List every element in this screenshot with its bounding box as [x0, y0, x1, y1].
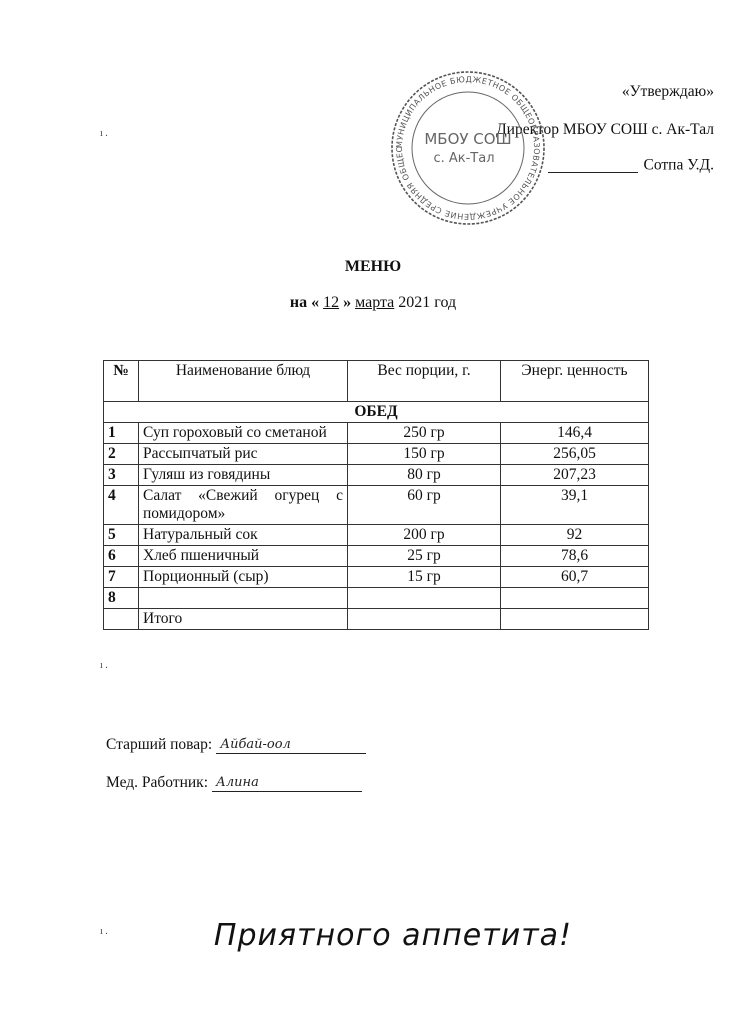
dish-name — [139, 588, 348, 609]
energy-value: 256,05 — [501, 444, 649, 465]
col-header-energy: Энерг. ценность — [501, 361, 649, 402]
table-row: 1Суп гороховый со сметаной250 гр146,4 — [104, 423, 649, 444]
table-row: 4Салат «Свежий огурец с помидором»60 гр3… — [104, 486, 649, 525]
row-number: 3 — [104, 465, 139, 486]
page-title: МЕНЮ — [0, 258, 746, 276]
approval-title: «Утверждаю» — [622, 84, 714, 100]
energy-value: 39,1 — [501, 486, 649, 525]
table-row: 2Рассыпчатый рис150 гр256,05 — [104, 444, 649, 465]
dish-name: Натуральный сок — [139, 525, 348, 546]
med-signature-row: Мед. Работник:Алина — [106, 774, 362, 792]
portion-weight: 150 гр — [348, 444, 501, 465]
table-row: 7Порционный (сыр)15 гр60,7 — [104, 567, 649, 588]
col-header-name: Наименование блюд — [139, 361, 348, 402]
date-month: марта — [355, 294, 394, 311]
portion-weight: 250 гр — [348, 423, 501, 444]
energy-value: 146,4 — [501, 423, 649, 444]
energy-value — [501, 588, 649, 609]
scan-mark: ı . — [100, 128, 108, 139]
stamp-center-line2: с. Ак-Тал — [433, 151, 494, 166]
med-signature-line: Алина — [212, 775, 362, 792]
portion-weight: 200 гр — [348, 525, 501, 546]
date-year: 2021 год — [398, 294, 456, 311]
energy-value: 92 — [501, 525, 649, 546]
school-stamp: МУНИЦИПАЛЬНОЕ БЮДЖЕТНОЕ ОБЩЕОБРАЗОВАТЕЛЬ… — [388, 68, 548, 228]
total-label: Итого — [139, 609, 348, 630]
signature-line — [548, 156, 638, 173]
energy-value: 60,7 — [501, 567, 649, 588]
row-number: 7 — [104, 567, 139, 588]
row-number: 8 — [104, 588, 139, 609]
dish-name: Рассыпчатый рис — [139, 444, 348, 465]
cook-signature: Айбай-оол — [220, 737, 291, 752]
row-number: 4 — [104, 486, 139, 525]
portion-weight: 25 гр — [348, 546, 501, 567]
dish-name: Салат «Свежий огурец с помидором» — [139, 486, 348, 525]
col-header-weight: Вес порции, г. — [348, 361, 501, 402]
scan-mark: ı . — [100, 660, 108, 671]
menu-table: № Наименование блюд Вес порции, г. Энерг… — [103, 360, 649, 630]
dish-name: Порционный (сыр) — [139, 567, 348, 588]
row-number: 6 — [104, 546, 139, 567]
total-energy — [501, 609, 649, 630]
total-number — [104, 609, 139, 630]
director-name: Сотпа У.Д. — [644, 157, 714, 174]
row-number: 1 — [104, 423, 139, 444]
energy-value: 78,6 — [501, 546, 649, 567]
date-day: 12 — [323, 294, 339, 311]
date-mid: » — [343, 294, 351, 311]
cook-signature-line: Айбай-оол — [216, 737, 366, 754]
col-header-number: № — [104, 361, 139, 402]
total-row: Итого — [104, 609, 649, 630]
approval-signature: Сотпа У.Д. — [548, 156, 714, 173]
dish-name: Суп гороховый со сметаной — [139, 423, 348, 444]
row-number: 2 — [104, 444, 139, 465]
portion-weight: 60 гр — [348, 486, 501, 525]
table-row: 6Хлеб пшеничный25 гр78,6 — [104, 546, 649, 567]
stamp-center-line1: МБОУ СОШ — [424, 130, 511, 148]
total-weight — [348, 609, 501, 630]
med-signature: Алина — [216, 775, 259, 790]
dish-name: Гуляш из говядины — [139, 465, 348, 486]
row-number: 5 — [104, 525, 139, 546]
med-label: Мед. Работник: — [106, 774, 208, 791]
closing-wish: Приятного аппетита! — [0, 918, 746, 953]
dish-name: Хлеб пшеничный — [139, 546, 348, 567]
table-header-row: № Наименование блюд Вес порции, г. Энерг… — [104, 361, 649, 402]
section-row: ОБЕД — [104, 402, 649, 423]
energy-value: 207,23 — [501, 465, 649, 486]
cook-signature-row: Старший повар:Айбай-оол — [106, 736, 366, 754]
date-prefix: на « — [290, 294, 319, 311]
table-row: 5Натуральный сок200 гр92 — [104, 525, 649, 546]
menu-date: на « 12 » марта 2021 год — [0, 294, 746, 312]
cook-label: Старший повар: — [106, 736, 212, 753]
section-title: ОБЕД — [104, 402, 649, 423]
portion-weight: 80 гр — [348, 465, 501, 486]
portion-weight: 15 гр — [348, 567, 501, 588]
table-row: 3Гуляш из говядины80 гр207,23 — [104, 465, 649, 486]
portion-weight — [348, 588, 501, 609]
table-row: 8 — [104, 588, 649, 609]
